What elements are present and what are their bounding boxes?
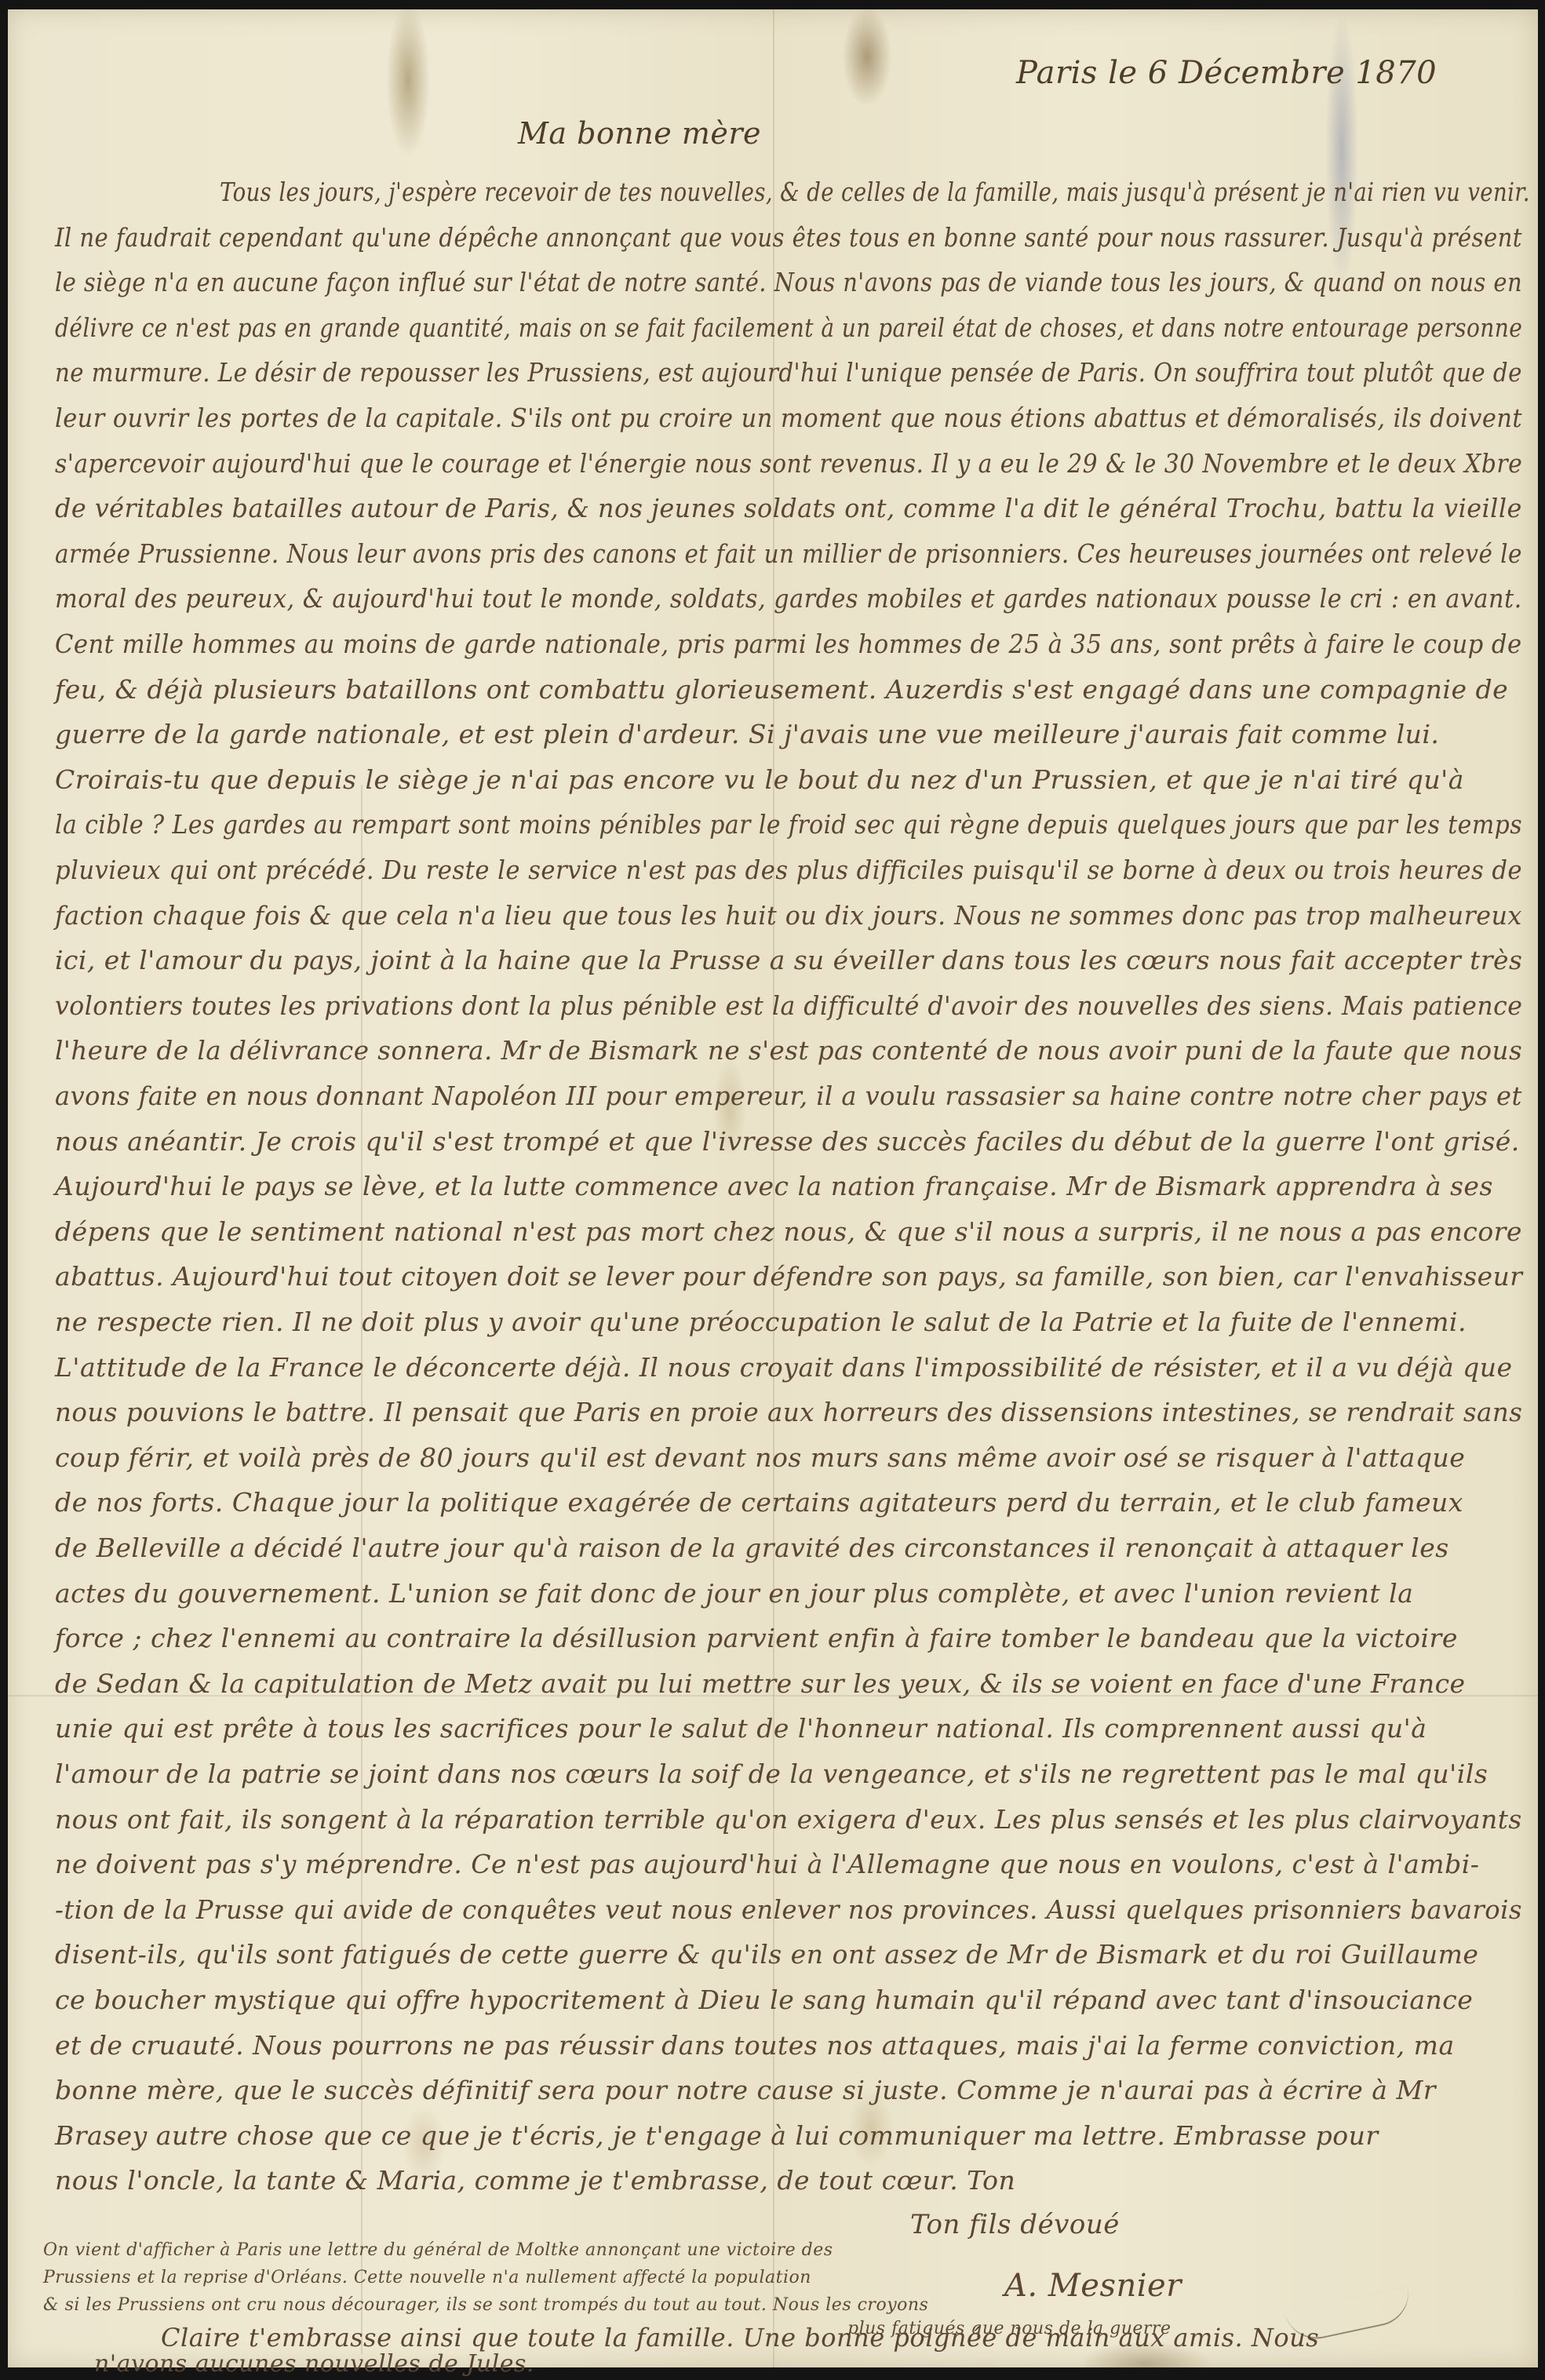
- letter-line: dépens que le sentiment national n'est p…: [55, 1216, 1522, 1247]
- letter-line: volontiers toutes les privations dont la…: [55, 990, 1522, 1021]
- letter-line: ici, et l'amour du pays, joint à la hain…: [55, 945, 1522, 975]
- letter-line: feu, & déjà plusieurs bataillons ont com…: [55, 674, 1508, 705]
- letter-line: Cent mille hommes au moins de garde nati…: [55, 629, 1522, 659]
- postscript-line: & si les Prussiens ont cru nous décourag…: [43, 2295, 928, 2315]
- closing-line: Claire t'embrasse ainsi que toute la fam…: [161, 2323, 1319, 2353]
- letter-line: faction chaque fois & que cela n'a lieu …: [55, 900, 1522, 931]
- letter-line: Tous les jours, j'espère recevoir de tes…: [220, 177, 1530, 207]
- letter-line: Aujourd'hui le pays se lève, et la lutte…: [55, 1171, 1493, 1201]
- letter-salutation: Ma bonne mère: [518, 116, 761, 151]
- letter-line: pluvieux qui ont précédé. Du reste le se…: [55, 855, 1522, 885]
- letter-line: et de cruauté. Nous pourrons ne pas réus…: [55, 2030, 1455, 2061]
- letter-line: l'amour de la patrie se joint dans nos c…: [55, 1759, 1488, 1789]
- letter-line: leur ouvrir les portes de la capitale. S…: [55, 403, 1522, 433]
- letter-line: moral des peureux, & aujourd'hui tout le…: [55, 583, 1522, 614]
- letter-line: Brasey autre chose que ce que je t'écris…: [55, 2120, 1379, 2151]
- letter-line: Il ne faudrait cependant qu'une dépêche …: [55, 222, 1522, 253]
- letter-line: de véritables batailles autour de Paris,…: [55, 493, 1522, 523]
- letter-line: L'attitude de la France le déconcerte dé…: [55, 1352, 1513, 1383]
- letter-line: s'apercevoir aujourd'hui que le courage …: [55, 448, 1522, 479]
- letter-line: l'heure de la délivrance sonnera. Mr de …: [55, 1035, 1522, 1066]
- signature: A. Mesnier: [1004, 2268, 1182, 2304]
- letter-line: unie qui est prête à tous les sacrifices…: [55, 1713, 1427, 1744]
- letter-line: bonne mère, que le succès définitif sera…: [55, 2075, 1436, 2105]
- letter-line: nous ont fait, ils songent à la réparati…: [55, 1804, 1522, 1835]
- letter-line: de Sedan & la capitulation de Metz avait…: [55, 1668, 1466, 1699]
- letter-line: avons faite en nous donnant Napoléon III…: [55, 1081, 1522, 1111]
- postscript-line: On vient d'afficher à Paris une lettre d…: [43, 2240, 833, 2260]
- letter-line: guerre de la garde nationale, et est ple…: [55, 719, 1439, 749]
- letter-line: nous l'oncle, la tante & Maria, comme je…: [55, 2165, 1015, 2196]
- letter-line: ne murmure. Le désir de repousser les Pr…: [55, 357, 1522, 388]
- closing-ton-fils: Ton fils dévoué: [910, 2209, 1120, 2240]
- letter-line: ne respecte rien. Il ne doit plus y avoi…: [55, 1307, 1467, 1337]
- letter-line: Croirais-tu que depuis le siège je n'ai …: [55, 764, 1464, 795]
- letter-line: armée Prussienne. Nous leur avons pris d…: [55, 538, 1522, 569]
- letter-line: la cible ? Les gardes au rempart sont mo…: [55, 809, 1522, 840]
- letter-line: nous anéantir. Je crois qu'il s'est trom…: [55, 1126, 1520, 1157]
- letter-line: actes du gouvernement. L'union se fait d…: [55, 1578, 1413, 1609]
- letter-date: Paris le 6 Décembre 1870: [1016, 55, 1437, 91]
- letter-line: force ; chez l'ennemi au contraire la dé…: [55, 1623, 1458, 1653]
- letter-line: coup férir, et voilà près de 80 jours qu…: [55, 1442, 1465, 1473]
- closing-line: n'avons aucunes nouvelles de Jules.: [94, 2350, 534, 2378]
- letter-line: ne doivent pas s'y méprendre. Ce n'est p…: [55, 1849, 1479, 1879]
- letter-line: de nos forts. Chaque jour la politique e…: [55, 1487, 1463, 1518]
- letter-line: délivre ce n'est pas en grande quantité,…: [55, 312, 1522, 343]
- letter-line: de Belleville a décidé l'autre jour qu'à…: [55, 1533, 1449, 1563]
- letter-line: ce boucher mystique qui offre hypocritem…: [55, 1985, 1473, 2015]
- letter-line: abattus. Aujourd'hui tout citoyen doit s…: [55, 1261, 1522, 1292]
- postscript-line: Prussiens et la reprise d'Orléans. Cette…: [43, 2268, 811, 2287]
- letter-line: disent-ils, qu'ils sont fatigués de cett…: [55, 1939, 1478, 1970]
- letter-line: le siège n'a en aucune façon influé sur …: [55, 267, 1522, 297]
- letter-line: nous pouvions le battre. Il pensait que …: [55, 1397, 1522, 1427]
- letter-line: -tion de la Prusse qui avide de conquête…: [55, 1894, 1522, 1925]
